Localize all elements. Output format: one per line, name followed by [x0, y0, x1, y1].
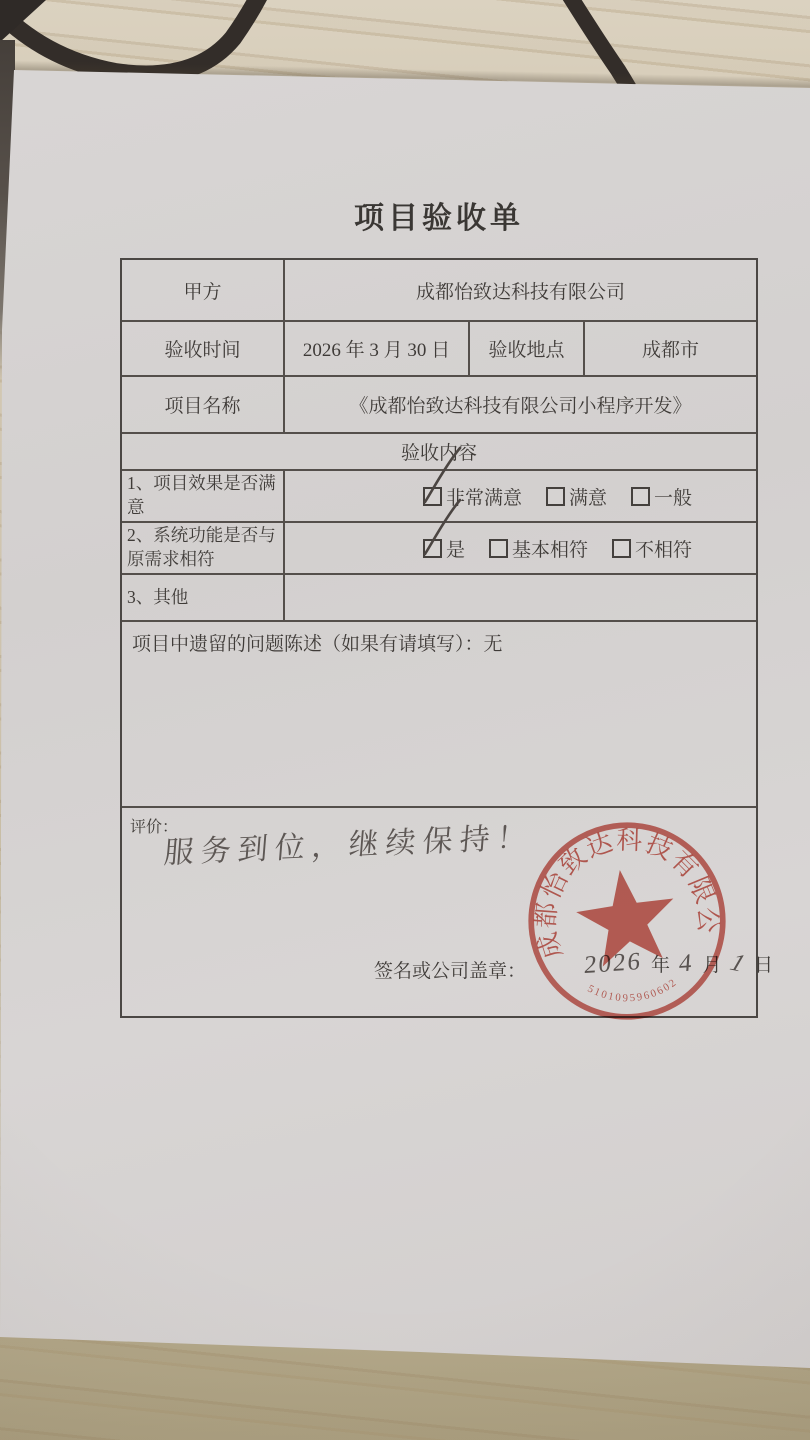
- q3-label: 3、其他: [122, 575, 285, 620]
- row-question-3: 3、其他: [122, 575, 756, 622]
- q1-label: 1、项目效果是否满意: [122, 471, 285, 521]
- checkbox-empty-icon: [489, 539, 508, 558]
- party-label: 甲方: [122, 260, 285, 320]
- company-stamp: 成都怡致达科技有限公司 5101095960602: [511, 805, 744, 1038]
- checkbox-empty-icon: [631, 487, 650, 506]
- row-issues: 项目中遗留的问题陈述（如果有请填写）：无: [122, 622, 756, 808]
- q2-options: 是 基本相符 不相符: [285, 523, 756, 573]
- time-label: 验收时间: [122, 322, 285, 375]
- row-project: 项目名称 《成都怡致达科技有限公司小程序开发》: [122, 377, 756, 434]
- time-value: 2026 年 3 月 30 日: [285, 322, 470, 375]
- date-day-unit: 日: [754, 950, 773, 977]
- content-header: 验收内容: [122, 434, 756, 469]
- checkbox-checked-icon: [423, 539, 442, 558]
- q2-option-label: 是: [446, 535, 465, 562]
- row-content-header: 验收内容: [122, 434, 756, 471]
- row-party: 甲方 成都怡致达科技有限公司: [122, 260, 756, 322]
- party-value: 成都怡致达科技有限公司: [285, 260, 756, 320]
- q1-option-label: 一般: [654, 483, 692, 510]
- evaluation-handwriting: 服务到位，继续保持！: [162, 812, 535, 872]
- stamp-star-icon: [571, 863, 681, 969]
- checkbox-empty-icon: [612, 539, 631, 558]
- q1-options: 非常满意 满意 一般: [285, 471, 756, 521]
- row-question-1: 1、项目效果是否满意 非常满意 满意 一般: [122, 471, 756, 523]
- q1-option-label: 非常满意: [446, 483, 522, 510]
- q2-option: 不相符: [612, 535, 692, 562]
- q1-option-checked: 非常满意: [423, 483, 522, 510]
- q2-option-checked: 是: [423, 535, 465, 562]
- checkbox-checked-icon: [423, 487, 442, 506]
- q2-option-label: 不相符: [635, 535, 692, 562]
- stamp-serial-text: 5101095960602: [584, 970, 681, 1010]
- checkbox-empty-icon: [546, 487, 565, 506]
- row-question-2: 2、系统功能是否与原需求相符 是 基本相符 不相符: [122, 523, 756, 575]
- q2-option-label: 基本相符: [512, 535, 588, 562]
- form-title: 项目验收单: [120, 193, 758, 237]
- q2-option: 基本相符: [489, 535, 588, 562]
- photo-scene: 项目验收单 甲方 成都怡致达科技有限公司 验收时间 2026 年 3 月 30 …: [0, 0, 810, 1440]
- q1-option: 一般: [631, 483, 692, 510]
- q2-label: 2、系统功能是否与原需求相符: [122, 523, 285, 573]
- project-value: 《成都怡致达科技有限公司小程序开发》: [285, 377, 756, 432]
- project-label: 项目名称: [122, 377, 285, 432]
- place-value: 成都市: [585, 322, 756, 375]
- q1-option: 满意: [546, 483, 607, 510]
- place-label: 验收地点: [470, 322, 585, 375]
- row-time-place: 验收时间 2026 年 3 月 30 日 验收地点 成都市: [122, 322, 756, 377]
- q3-value: [285, 575, 756, 620]
- q1-option-label: 满意: [569, 483, 607, 510]
- signature-label: 签名或公司盖章：: [374, 956, 526, 983]
